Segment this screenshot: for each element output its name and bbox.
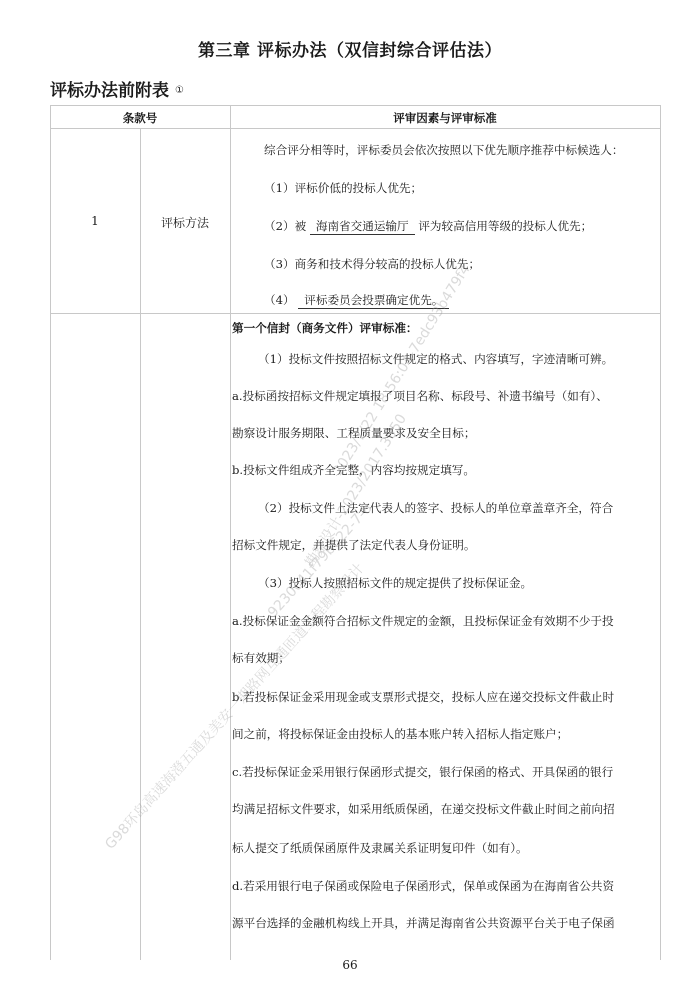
table-border-left — [50, 105, 51, 960]
row-1-item-1: （1）评标价低的投标人优先； — [264, 180, 422, 196]
row-1-item-2-suffix: 评为较高信用等级的投标人优先； — [418, 219, 592, 233]
row-2-line-5: （2）投标文件上法定代表人的签字、投标人的单位章盖章齐全，符合 — [258, 500, 613, 516]
row-2-line-2: a.投标函按招标文件规定填报了项目名称、标段号、补遗书编号（如有）、 — [232, 388, 608, 404]
table-col-divider-1 — [140, 128, 141, 960]
row-2-line-11: 间之前，将投标保证金由投标人的基本账户转入招标人指定账户； — [232, 726, 568, 742]
row-2-line-6: 招标文件规定，并提供了法定代表人身份证明。 — [232, 537, 475, 553]
row-1-item-2: （2）被 海南省交通运输厅 评为较高信用等级的投标人优先； — [264, 218, 592, 234]
row-1-number: 1 — [50, 214, 140, 228]
watermark-lower-code: 9230c41f79b622-7-8 — [265, 500, 376, 620]
row-1-intro: 综合评分相等时，评标委员会依次按照以下优先顺序推荐中标候选人： — [264, 142, 623, 158]
filled-blank-method: 评标委员会投票确定优先。 — [298, 293, 449, 309]
row-2-line-7: （3）投标人按照招标文件的规定提供了投标保证金。 — [258, 575, 532, 591]
header-clause-no: 条款号 — [50, 110, 230, 126]
table-border-right — [660, 105, 661, 960]
row-2-heading: 第一个信封（商务文件）评审标准： — [232, 320, 418, 336]
row-2-line-15: d.若采用银行电子保函或保险电子保函形式，保单或保函为在海南省公共资 — [232, 878, 614, 894]
row-2-line-3: 勘察设计服务期限、工程质量要求及安全目标； — [232, 425, 475, 441]
row-2-line-8: a.投标保证金金额符合招标文件规定的金额，且投标保证金有效期不少于投 — [232, 613, 614, 629]
filled-blank-agency: 海南省交通运输厅 — [310, 219, 415, 235]
row-2-line-14: 标人提交了纸质保函原件及隶属关系证明复印件（如有）。 — [232, 840, 528, 856]
row-1-item-3: （3）商务和技术得分较高的投标人优先； — [264, 256, 480, 272]
table-row-divider — [50, 313, 661, 314]
row-2-line-9: 标有效期； — [232, 650, 290, 666]
chapter-title: 第三章 评标办法（双信封综合评估法） — [0, 36, 700, 61]
section-title: 评标办法前附表① — [50, 76, 184, 101]
row-2-line-16: 源平台选择的金融机构线上开具，并满足海南省公共资源平台关于电子保函 — [232, 915, 615, 931]
row-2-line-4: b.投标文件组成齐全完整，内容均按规定填写。 — [232, 462, 475, 478]
row-2-line-13: 均满足招标文件要求，如采用纸质保函，在递交投标文件截止时间之前向招 — [232, 801, 615, 817]
row-1-name: 评标方法 — [140, 214, 230, 231]
page-number: 66 — [0, 958, 700, 972]
footnote-marker: ① — [175, 85, 184, 96]
table-border-top — [50, 105, 661, 106]
table-col-divider-2 — [230, 105, 231, 960]
row-1-item-2-prefix: （2）被 — [264, 219, 306, 233]
row-2-line-10: b.若投标保证金采用现金或支票形式提交，投标人应在递交投标文件截止时 — [232, 689, 614, 705]
section-title-text: 评标办法前附表 — [50, 81, 169, 101]
table-header-divider — [50, 128, 661, 129]
header-criteria: 评审因素与评审标准 — [230, 110, 660, 126]
row-2-line-12: c.若投标保证金采用银行保函形式提交，银行保函的格式、开具保函的银行 — [232, 764, 613, 780]
row-2-line-1: （1）投标文件按照招标文件规定的格式、内容填写，字迹清晰可辨。 — [258, 351, 613, 367]
row-1-item-4: （4） 评标委员会投票确定优先。 — [264, 292, 449, 308]
row-1-item-4-prefix: （4） — [264, 293, 295, 307]
